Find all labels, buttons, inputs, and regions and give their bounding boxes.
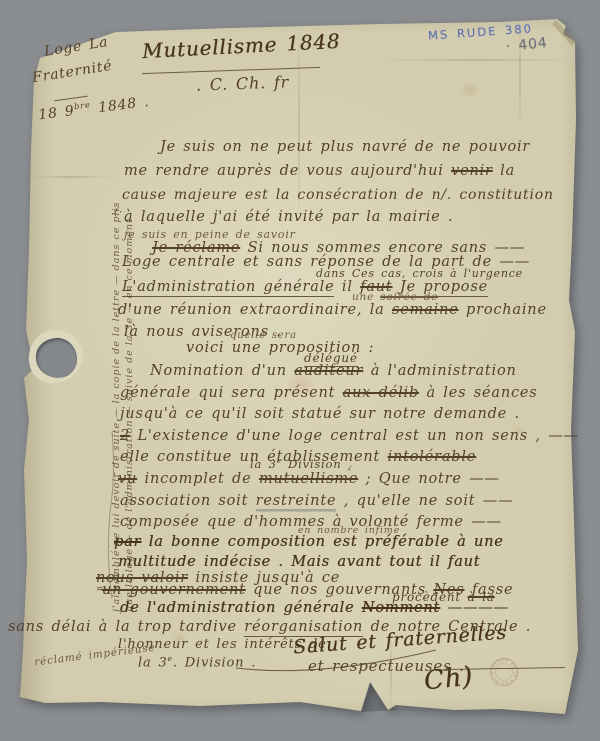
handwritten-text: la 3 <box>138 655 168 670</box>
struck-text: intolérable <box>388 449 477 465</box>
handwritten-text: à les séances <box>419 385 537 401</box>
subtitle: . C. Ch. fr <box>196 74 290 94</box>
scan-stage: MS RUDE 380 · 404 j'ai semblé ne lui dev… <box>0 0 600 741</box>
manuscript-line: d'une réunion extraordinaire, la semaine… <box>118 303 547 318</box>
handwritten-text: . Division . <box>173 655 256 670</box>
handwritten-text: Fraternité <box>31 58 113 86</box>
manuscript-line: dans Ces cas, crois à l'urgence <box>316 268 523 280</box>
insertion-mark: =· <box>96 586 108 595</box>
manuscript-line: Nomination d'un auditeur à l'administrat… <box>150 364 517 379</box>
struck-text: vu <box>118 471 137 487</box>
handwritten-text: L'administration générale <box>122 279 334 297</box>
manuscript-line: la 3e Division ⁁ <box>250 458 352 470</box>
handwritten-text: la 3 <box>250 457 277 471</box>
struck-text: 2 <box>120 428 130 444</box>
closing-salutation: et respectueuses . <box>308 659 465 675</box>
manuscript-line: cause majeure est la consécration de n/.… <box>122 188 554 203</box>
handwritten-text: à laquelle j'ai été invité par la mairie… <box>124 209 453 225</box>
handwritten-text: ———— <box>440 600 509 616</box>
manuscript-line: jusqu'à ce qu'il soit statué sur notre d… <box>120 407 520 422</box>
manuscript-line: la 3e. Division . <box>138 655 256 670</box>
handwritten-text: restreinte <box>256 493 337 509</box>
handwritten-text: Division ⁁ <box>282 457 352 471</box>
handwritten-text: cause majeure est la consécration de n/.… <box>122 187 554 203</box>
handwritten-text: . C. Ch. fr <box>196 72 290 94</box>
library-stamp: BIBLIOTHEQUE DE LA VILLE · <box>484 652 524 692</box>
handwritten-text: Loge La <box>43 34 109 60</box>
struck-text: Nomment <box>362 600 440 616</box>
handwritten-text: et respectueuses . <box>308 657 465 675</box>
date-line: 18 9bre 1848 . <box>37 93 150 123</box>
struck-text: par <box>114 534 141 550</box>
page-title: Mutuellisme 1848 <box>142 31 341 62</box>
manuscript-scan: { "colors":{ "background":"#8b8e91","pap… <box>0 0 600 741</box>
struck-text: semaine <box>392 302 459 318</box>
handwritten-text: sans délai à la trop tardive <box>8 619 244 635</box>
manuscript-line: générale qui sera présent aux délib à le… <box>120 386 538 401</box>
handwritten-text: jusqu'à ce qu'il soit statué sur notre d… <box>120 406 520 422</box>
struck-text: un gouvernement <box>102 582 246 598</box>
handwritten-text: d'une réunion extraordinaire, la <box>118 302 392 318</box>
ink-underline-rule <box>142 67 320 74</box>
manuscript-line: par la bonne composition est préférable … <box>114 535 503 550</box>
handwritten-text: de l'administration générale <box>120 600 362 616</box>
handwritten-text: L'existence d'une loge central est un no… <box>130 428 579 444</box>
manuscript-line: de l'administration générale Nomment ———… <box>120 601 509 616</box>
struck-text: auditeur <box>294 363 363 379</box>
handwritten-text: bre <box>73 99 91 111</box>
handwritten-text: incomplet de <box>137 471 259 487</box>
struck-text: mutuellisme <box>259 471 358 487</box>
manuscript-content: MS RUDE 380 · 404 j'ai semblé ne lui dev… <box>0 0 600 741</box>
folio-number: · 404 <box>505 36 548 55</box>
handwritten-text: , qu'elle ne soit —— <box>336 493 513 509</box>
corner-note-line: Loge La <box>43 35 109 60</box>
manuscript-line: multitude indécise . Mais avant tout il … <box>118 555 480 570</box>
manuscript-line: à laquelle j'ai été invité par la mairie… <box>124 210 453 225</box>
manuscript-line: Je suis on ne peut plus navré de ne pouv… <box>160 140 530 155</box>
handwritten-text: (· <box>113 206 123 218</box>
struck-text: aux délib <box>343 385 419 401</box>
handwritten-text: =· <box>96 585 108 595</box>
handwritten-text: générale qui sera présent <box>120 385 343 401</box>
handwritten-text: Nomination d'un <box>150 363 294 379</box>
handwritten-text: multitude indécise . Mais avant tout il … <box>118 554 480 570</box>
handwritten-text: Mutuellisme 1848 <box>141 29 340 63</box>
handwritten-text: la <box>493 163 515 179</box>
manuscript-line: 2 L'existence d'une loge central est un … <box>120 429 579 444</box>
handwritten-text: me rendre auprès de vous aujourd'hui <box>124 163 451 179</box>
handwritten-text: la bonne composition est préférable à un… <box>141 534 503 550</box>
handwritten-text: 1848 . <box>90 94 150 117</box>
handwritten-text: association soit <box>120 493 256 509</box>
manuscript-line: association soit restreinte , qu'elle ne… <box>120 494 513 509</box>
corner-note-line: Fraternité <box>31 59 113 86</box>
struck-text: venir <box>451 163 493 179</box>
handwritten-text: 18 9 <box>38 103 76 123</box>
handwritten-text: à l'administration <box>363 363 516 379</box>
handwritten-text: prochaine <box>459 302 547 318</box>
manuscript-line: je suis en peine de savoir <box>124 229 296 241</box>
insertion-mark: (· <box>113 207 123 219</box>
handwritten-text: ; Que notre —— <box>358 471 500 487</box>
handwritten-text: Je suis on ne peut plus navré de ne pouv… <box>160 139 530 155</box>
manuscript-line: vu incomplet de mutuellisme ; Que notre … <box>118 472 500 487</box>
manuscript-line: me rendre auprès de vous aujourd'hui ven… <box>124 164 515 179</box>
